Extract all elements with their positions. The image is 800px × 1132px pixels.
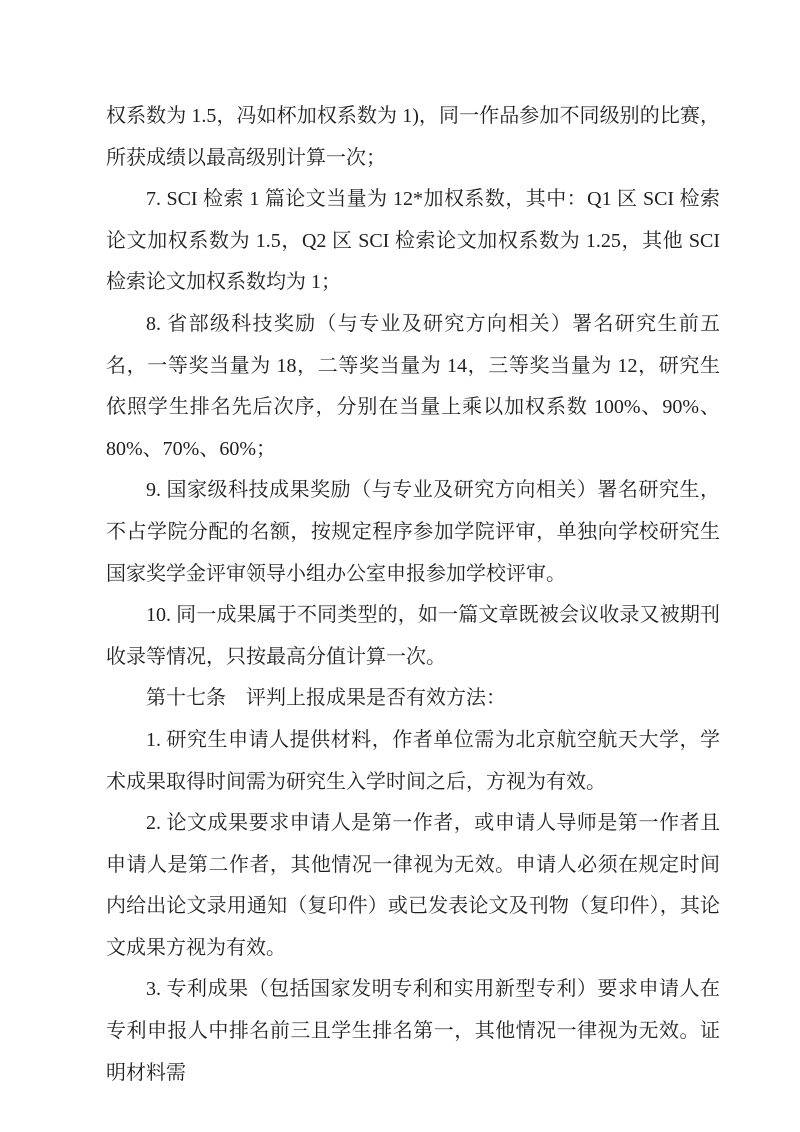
doc-paragraph-rule-3: 3. 专利成果（包括国家发明专利和实用新型专利）要求申请人在专利申报人中排名前三… xyxy=(106,969,720,1094)
doc-paragraph-article-17-heading: 第十七条 评判上报成果是否有效方法： xyxy=(106,678,720,720)
doc-paragraph-rule-1: 1. 研究生申请人提供材料，作者单位需为北京航空航天大学，学术成果取得时间需为研… xyxy=(106,720,720,803)
doc-paragraph-continuation: 权系数为 1.5，冯如杯加权系数为 1)，同一作品参加不同级别的比赛，所获成绩以… xyxy=(106,96,720,179)
document-page: { "page": { "background_color": "#ffffff… xyxy=(0,0,800,1132)
doc-paragraph-item-9: 9. 国家级科技成果奖励（与专业及研究方向相关）署名研究生，不占学院分配的名额，… xyxy=(106,470,720,595)
doc-paragraph-item-10: 10. 同一成果属于不同类型的，如一篇文章既被会议收录又被期刊收录等情况，只按最… xyxy=(106,595,720,678)
doc-paragraph-item-7: 7. SCI 检索 1 篇论文当量为 12*加权系数，其中：Q1 区 SCI 检… xyxy=(106,179,720,304)
document-body-text: 权系数为 1.5，冯如杯加权系数为 1)，同一作品参加不同级别的比赛，所获成绩以… xyxy=(106,96,720,1094)
doc-paragraph-item-8: 8. 省部级科技奖励（与专业及研究方向相关）署名研究生前五名，一等奖当量为 18… xyxy=(106,304,720,470)
doc-paragraph-rule-2: 2. 论文成果要求申请人是第一作者，或申请人导师是第一作者且申请人是第二作者，其… xyxy=(106,803,720,969)
page-background: 权系数为 1.5，冯如杯加权系数为 1)，同一作品参加不同级别的比赛，所获成绩以… xyxy=(0,0,800,1132)
